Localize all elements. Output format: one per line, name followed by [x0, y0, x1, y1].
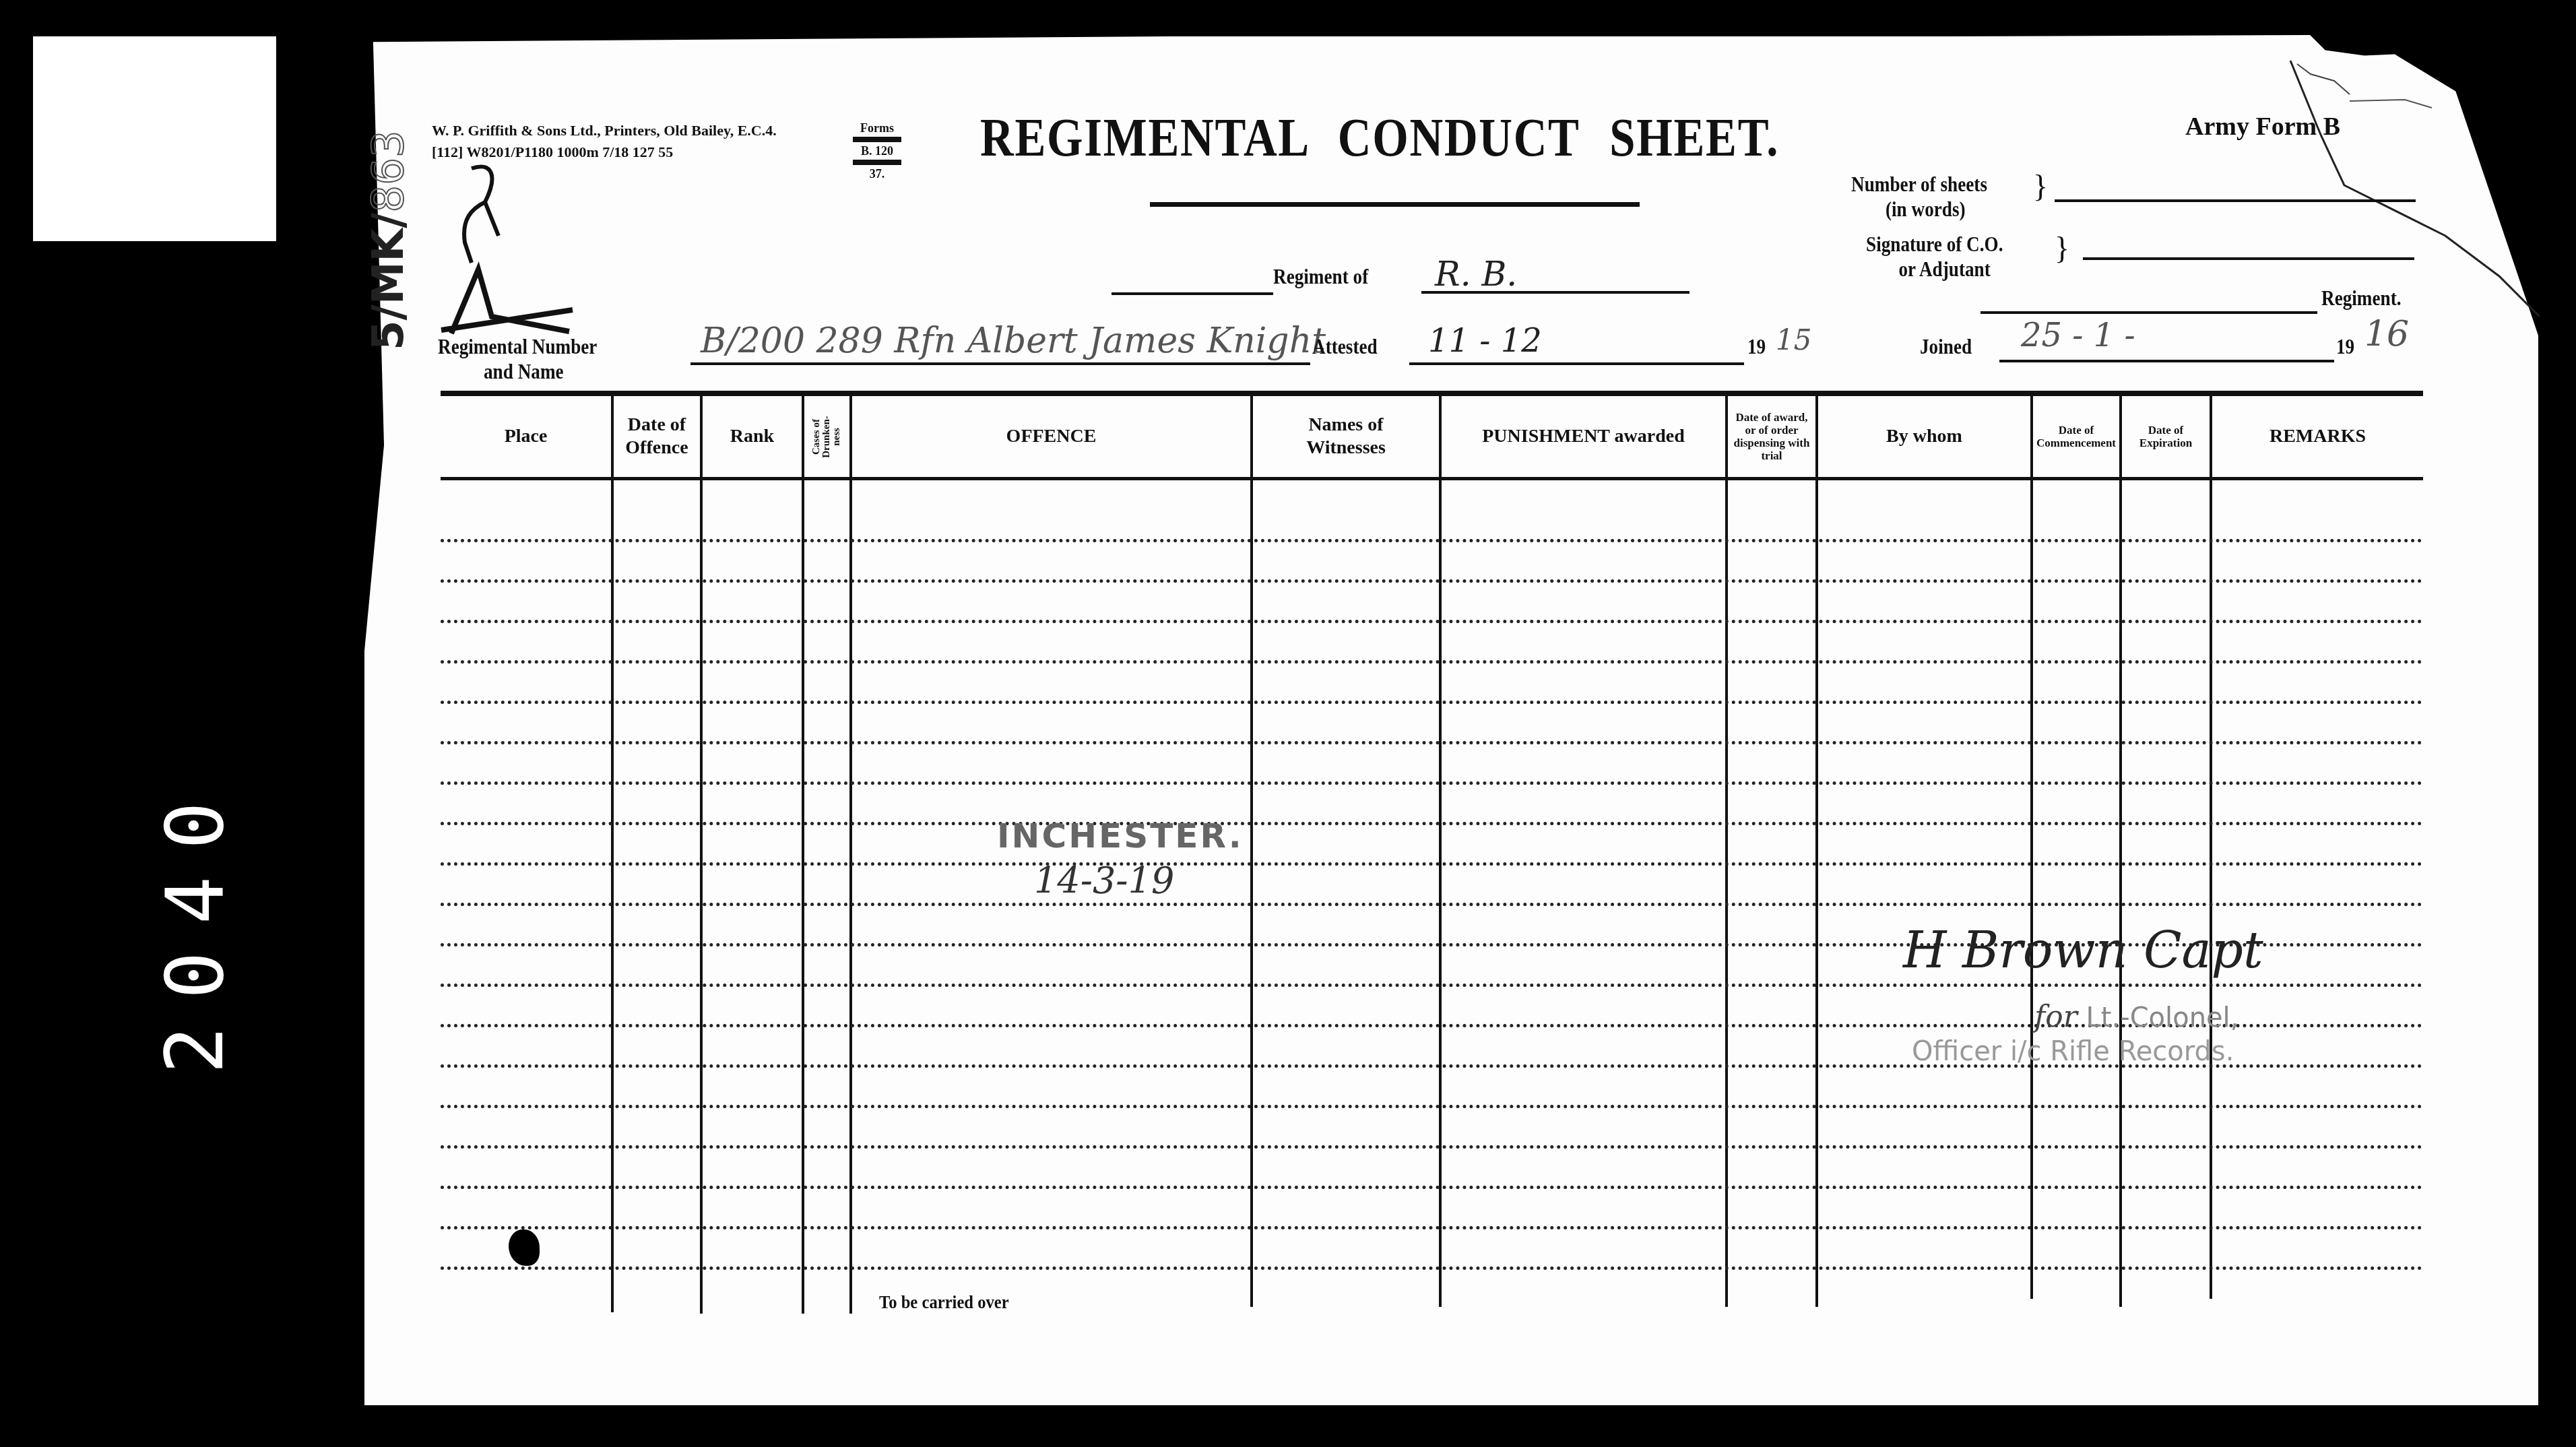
column-divider	[2030, 396, 2033, 1299]
column-divider	[700, 396, 703, 1314]
column-header-names-of-witnesses: Names of Witnesses	[1253, 396, 1439, 477]
side-reference-prefix: 5/MK/	[364, 212, 414, 350]
attested-value: 11 - 12	[1428, 322, 1542, 360]
label-line: Signature of C.O.	[1866, 232, 2003, 257]
table-row[interactable]	[441, 1226, 2423, 1229]
table-row[interactable]	[441, 1266, 2423, 1270]
blank-card	[33, 36, 276, 241]
ink-blot	[509, 1229, 540, 1266]
table-top-rule	[441, 391, 2423, 396]
lt-colonel-text: Lt.-Colonel,	[2086, 1002, 2239, 1033]
joined-label: Joined	[1920, 334, 1972, 359]
column-header-label: Cases of Drunken-ness	[812, 414, 842, 459]
attested-label: Attested	[1312, 334, 1378, 359]
table-row[interactable]	[441, 984, 2423, 987]
column-divider	[1439, 396, 1442, 1307]
forms-reference: Forms B. 120 37.	[850, 120, 904, 182]
conduct-table: Place Date of Offence Rank Cases of Drun…	[441, 391, 2423, 1314]
table-row[interactable]	[441, 903, 2423, 906]
label-line: (in words)	[1851, 197, 1987, 222]
table-row[interactable]	[441, 539, 2423, 542]
torn-corner-icon	[2189, 34, 2576, 317]
column-header-cases-of-drunkenness: Cases of Drunken-ness	[804, 396, 849, 477]
column-divider	[2210, 396, 2212, 1299]
joined-value: 25 - 1 -	[2021, 317, 2135, 354]
table-header-rule	[441, 477, 2423, 480]
column-header-remarks: REMARKS	[2212, 396, 2423, 477]
table-row[interactable]	[441, 579, 2423, 583]
table-row[interactable]	[441, 781, 2423, 785]
joined-year-value: 16	[2364, 314, 2409, 354]
regiment-of-label: Regiment of	[1273, 264, 1368, 289]
side-reference-number: 863	[364, 130, 414, 212]
column-divider	[1815, 396, 1818, 1307]
signature-label: Signature of C.O. or Adjutant	[1866, 232, 2003, 282]
attested-field[interactable]	[1409, 362, 1744, 365]
label-line: Regimental Number	[438, 334, 597, 359]
column-divider	[802, 396, 804, 1314]
column-header-date-of-commencement: Date of Commencement	[2033, 396, 2119, 477]
forms-label: Forms	[850, 120, 904, 136]
column-divider	[1725, 396, 1728, 1307]
column-divider	[1250, 396, 1253, 1307]
brace-icon: }	[2055, 230, 2069, 266]
label-line: Number of sheets	[1851, 172, 1987, 197]
margin-pen-marks-icon	[431, 155, 586, 364]
joined-field[interactable]	[1999, 360, 2334, 362]
attested-year-value: 15	[1776, 323, 1811, 356]
joined-year-prefix: 19	[2336, 334, 2354, 359]
signature-field[interactable]	[2083, 257, 2414, 260]
number-of-sheets-label: Number of sheets (in words)	[1851, 172, 1987, 222]
table-row[interactable]	[441, 1105, 2423, 1108]
column-header-date-of-expiration: Date of Expiration	[2122, 396, 2210, 477]
table-row[interactable]	[441, 1186, 2423, 1189]
table-row[interactable]	[441, 822, 2423, 825]
for-lt-colonel-line: for Lt.-Colonel,	[2034, 1000, 2239, 1034]
forms-sub: 37.	[850, 166, 904, 182]
column-header-place: Place	[441, 396, 611, 477]
printer-info: W. P. Griffith & Sons Ltd., Printers, Ol…	[432, 120, 777, 163]
regiment-of-value: R. B.	[1435, 255, 1517, 294]
label-line: or Adjutant	[1866, 257, 2003, 282]
printer-line-1: W. P. Griffith & Sons Ltd., Printers, Ol…	[432, 120, 777, 141]
forms-number: B. 120	[850, 143, 904, 159]
table-row[interactable]	[441, 701, 2423, 704]
column-header-date-of-offence: Date of Offence	[614, 396, 700, 477]
column-divider	[2119, 396, 2122, 1307]
page-title: REGIMENTAL CONDUCT SHEET.	[980, 108, 1779, 169]
table-row[interactable]	[441, 1145, 2423, 1149]
title-underline	[1150, 202, 1640, 207]
table-row[interactable]	[441, 862, 2423, 866]
divider	[853, 137, 901, 142]
side-reference: 5/MK/863	[364, 130, 414, 350]
stamp-date: 14-3-19	[1034, 860, 1174, 902]
regimental-number-value: B/200 289 Rfn Albert James Knight	[701, 321, 1326, 361]
regiment-prefix-field[interactable]	[1112, 292, 1273, 295]
divider	[853, 160, 901, 165]
number-of-sheets-field[interactable]	[2055, 199, 2416, 202]
column-header-rank: Rank	[703, 396, 802, 477]
column-header-offence: OFFENCE	[852, 396, 1250, 477]
printer-line-2: [112] W8201/P1180 1000m 7/18 127 55	[432, 141, 777, 163]
place-stamp: INCHESTER.	[997, 816, 1244, 856]
for-prefix: for	[2034, 1000, 2078, 1034]
army-form-label: Army Form B	[2185, 112, 2340, 141]
officer-signature: H Brown Capt	[1903, 922, 2263, 979]
column-divider	[611, 396, 614, 1312]
attested-year-prefix: 19	[1747, 334, 1766, 359]
officer-records-line: Officer i/c Rifle Records.	[1912, 1036, 2234, 1067]
column-divider	[849, 396, 852, 1314]
label-line: and Name	[438, 359, 597, 384]
frame-number: 2040	[148, 775, 241, 1074]
brace-icon: }	[2033, 168, 2048, 204]
regiment-suffix-label: Regiment.	[2321, 286, 2402, 311]
column-header-by-whom: By whom	[1818, 396, 2030, 477]
regiment-field[interactable]	[1981, 311, 2317, 314]
table-row[interactable]	[441, 620, 2423, 623]
regimental-number-field[interactable]	[690, 362, 1310, 365]
table-row[interactable]	[441, 660, 2423, 664]
regimental-number-label: Regimental Number and Name	[438, 334, 597, 384]
column-header-punishment-awarded: PUNISHMENT awarded	[1442, 396, 1725, 477]
table-row[interactable]	[441, 741, 2423, 744]
carried-over-label: To be carried over	[879, 1292, 1009, 1314]
column-header-date-of-award: Date of award, or of order dispensing wi…	[1728, 396, 1815, 477]
